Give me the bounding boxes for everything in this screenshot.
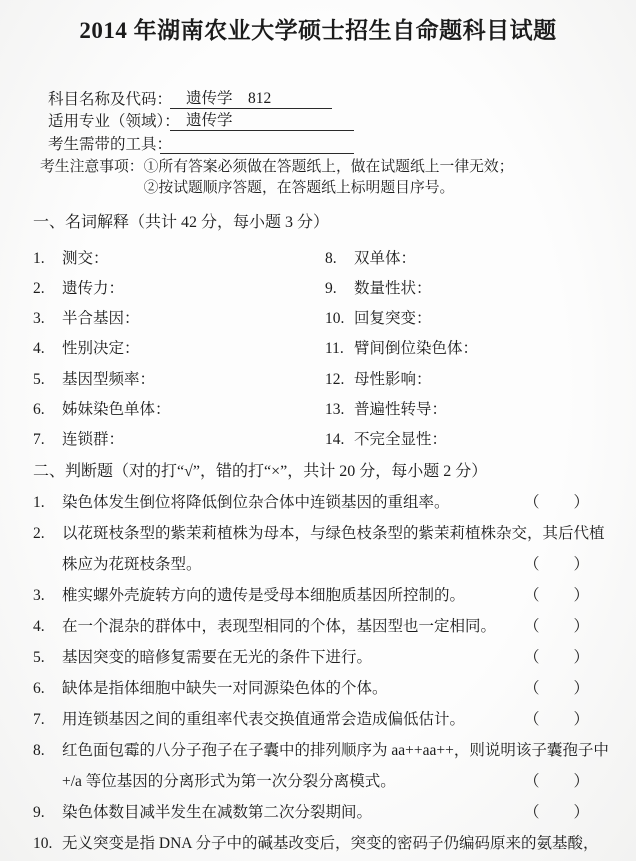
term-column-left: 1. 测交： 2. 遗传力： 3. 半合基因： 4. 性别决定： 5. 基因型频… (33, 244, 325, 456)
judgment-text: 无义突变是指 DNA 分子中的碱基改变后，突变的密码子仍编码原来的氨基酸， (62, 828, 614, 859)
term-item: 6. 姊妹染色单体： (33, 395, 325, 425)
judgment-text: 在一个混杂的群体中，表现型相同的个体，基因型也一定相同。（ ） (62, 611, 614, 642)
judgment-text: 以花斑枝条型的紫茉莉植株为母本，与绿色枝条型的紫茉莉植株杂交，其后代植株应为花斑… (62, 518, 614, 580)
applicable-major-value: 遗传学 (170, 111, 354, 131)
term-item: 3. 半合基因： (33, 304, 325, 334)
judgment-item: 1. 染色体发生倒位将降低倒位杂合体中连锁基因的重组率。（ ） (33, 487, 636, 518)
term-text: 臂间倒位染色体： (354, 334, 478, 364)
term-text: 遗传力： (62, 274, 124, 304)
judgment-number: 7. (33, 704, 62, 735)
term-number: 4. (33, 334, 62, 364)
term-item: 12. 母性影响： (325, 365, 615, 395)
section1-heading: 一、名词解释（共计 42 分，每小题 3 分） (33, 208, 636, 238)
term-list: 1. 测交： 2. 遗传力： 3. 半合基因： 4. 性别决定： 5. 基因型频… (33, 244, 636, 456)
term-item: 2. 遗传力： (33, 274, 325, 304)
term-number: 7. (33, 425, 62, 455)
term-item: 4. 性别决定： (33, 334, 325, 364)
judgment-text: 染色体数目减半发生在减数第二次分裂期间。（ ） (62, 797, 614, 828)
judgment-item: 7. 用连锁基因之间的重组率代表交换值通常会造成偏低估计。（ ） (33, 704, 636, 735)
judgment-item: 2. 以花斑枝条型的紫茉莉植株为母本，与绿色枝条型的紫茉莉植株杂交，其后代植株应… (33, 518, 636, 580)
term-number: 5. (33, 365, 62, 395)
section2-heading: 二、判断题（对的打“√”，错的打“×”，共计 20 分，每小题 2 分） (33, 456, 636, 487)
term-item: 1. 测交： (33, 244, 325, 274)
answer-bracket: （ ） (524, 704, 590, 735)
term-number: 9. (325, 274, 354, 304)
term-item: 13. 普遍性转导： (325, 395, 615, 425)
term-text: 半合基因： (62, 304, 140, 334)
term-item: 14. 不完全显性： (325, 425, 615, 455)
notice-line-2: ②按试题顺序答题，在答题纸上标明题目序号。 (144, 178, 514, 199)
term-text: 回复突变： (354, 304, 432, 334)
subject-name-code-field: 科目名称及代码： 遗传学 812 (48, 86, 636, 109)
applicable-major-label: 适用专业（领域）： (48, 109, 170, 131)
exam-header-fields: 科目名称及代码： 遗传学 812 适用专业（领域）： 遗传学 考生需带的工具： (48, 86, 636, 154)
answer-bracket: （ ） (524, 580, 590, 611)
notice-line-1: ①所有答案必须做在答题纸上，做在试题纸上一律无效； (144, 157, 514, 178)
term-item: 11. 臂间倒位染色体： (325, 334, 615, 364)
judgment-item: 4. 在一个混杂的群体中，表现型相同的个体，基因型也一定相同。（ ） (33, 611, 636, 642)
judgment-number: 8. (33, 735, 62, 797)
judgment-text: 缺体是指体细胞中缺失一对同源染色体的个体。（ ） (62, 673, 614, 704)
answer-bracket: （ ） (524, 797, 590, 828)
judgment-item: 5. 基因突变的暗修复需要在无光的条件下进行。（ ） (33, 642, 636, 673)
term-text: 不完全显性： (354, 425, 447, 455)
term-text: 母性影响： (354, 365, 432, 395)
term-number: 13. (325, 395, 354, 425)
exam-paper-page: 2014 年湖南农业大学硕士招生自命题科目试题 科目名称及代码： 遗传学 812… (0, 0, 636, 861)
term-number: 14. (325, 425, 354, 455)
judgment-item: 3. 椎实螺外壳旋转方向的遗传是受母本细胞质基因所控制的。（ ） (33, 580, 636, 611)
judgment-text: 染色体发生倒位将降低倒位杂合体中连锁基因的重组率。（ ） (62, 487, 614, 518)
term-number: 10. (325, 304, 354, 334)
answer-bracket: （ ） (524, 642, 590, 673)
required-tools-value (160, 134, 354, 154)
judgment-list: 1. 染色体发生倒位将降低倒位杂合体中连锁基因的重组率。（ ） 2. 以花斑枝条… (33, 487, 636, 859)
term-item: 8. 双单体： (325, 244, 615, 274)
term-text: 普遍性转导： (354, 395, 447, 425)
term-text: 数量性状： (354, 274, 432, 304)
judgment-number: 2. (33, 518, 62, 580)
judgment-text: 椎实螺外壳旋转方向的遗传是受母本细胞质基因所控制的。（ ） (62, 580, 614, 611)
term-number: 6. (33, 395, 62, 425)
judgment-number: 5. (33, 642, 62, 673)
notice-label: 考生注意事项： (40, 157, 144, 199)
subject-name-code-label: 科目名称及代码： (48, 87, 170, 109)
judgment-number: 6. (33, 673, 62, 704)
term-item: 5. 基因型频率： (33, 365, 325, 395)
term-number: 11. (325, 334, 354, 364)
term-text: 性别决定： (62, 334, 140, 364)
term-item: 9. 数量性状： (325, 274, 615, 304)
term-number: 3. (33, 304, 62, 334)
notice-lines: ①所有答案必须做在答题纸上，做在试题纸上一律无效； ②按试题顺序答题，在答题纸上… (144, 157, 514, 199)
term-text: 姊妹染色单体： (62, 395, 171, 425)
judgment-text: 基因突变的暗修复需要在无光的条件下进行。（ ） (62, 642, 614, 673)
judgment-item: 9. 染色体数目减半发生在减数第二次分裂期间。（ ） (33, 797, 636, 828)
judgment-number: 4. (33, 611, 62, 642)
term-text: 测交： (62, 244, 109, 274)
required-tools-label: 考生需带的工具： (48, 132, 160, 154)
term-number: 1. (33, 244, 62, 274)
judgment-item: 8. 红色面包霉的八分子孢子在子囊中的排列顺序为 aa++aa++，则说明该子囊… (33, 735, 636, 797)
page-title: 2014 年湖南农业大学硕士招生自命题科目试题 (0, 0, 636, 46)
judgment-number: 10. (33, 828, 62, 859)
term-column-right: 8. 双单体： 9. 数量性状： 10. 回复突变： 11. 臂间倒位染色体： … (325, 244, 615, 456)
applicable-major-field: 适用专业（领域）： 遗传学 (48, 109, 636, 132)
term-text: 基因型频率： (62, 365, 155, 395)
term-number: 2. (33, 274, 62, 304)
judgment-number: 1. (33, 487, 62, 518)
candidate-notice: 考生注意事项： ①所有答案必须做在答题纸上，做在试题纸上一律无效； ②按试题顺序… (40, 157, 636, 199)
term-text: 双单体： (354, 244, 416, 274)
judgment-item: 10. 无义突变是指 DNA 分子中的碱基改变后，突变的密码子仍编码原来的氨基酸… (33, 828, 636, 859)
term-number: 12. (325, 365, 354, 395)
judgment-text: 用连锁基因之间的重组率代表交换值通常会造成偏低估计。（ ） (62, 704, 614, 735)
answer-bracket: （ ） (524, 673, 590, 704)
judgment-number: 3. (33, 580, 62, 611)
judgment-number: 9. (33, 797, 62, 828)
subject-name-code-value: 遗传学 812 (170, 89, 332, 109)
term-text: 连锁群： (62, 425, 124, 455)
answer-bracket: （ ） (524, 766, 590, 797)
term-item: 10. 回复突变： (325, 304, 615, 334)
judgment-text: 红色面包霉的八分子孢子在子囊中的排列顺序为 aa++aa++，则说明该子囊孢子中… (62, 735, 614, 797)
term-item: 7. 连锁群： (33, 425, 325, 455)
answer-bracket: （ ） (524, 549, 590, 580)
answer-bracket: （ ） (524, 487, 590, 518)
answer-bracket: （ ） (524, 611, 590, 642)
judgment-item: 6. 缺体是指体细胞中缺失一对同源染色体的个体。（ ） (33, 673, 636, 704)
required-tools-field: 考生需带的工具： (48, 131, 636, 154)
term-number: 8. (325, 244, 354, 274)
